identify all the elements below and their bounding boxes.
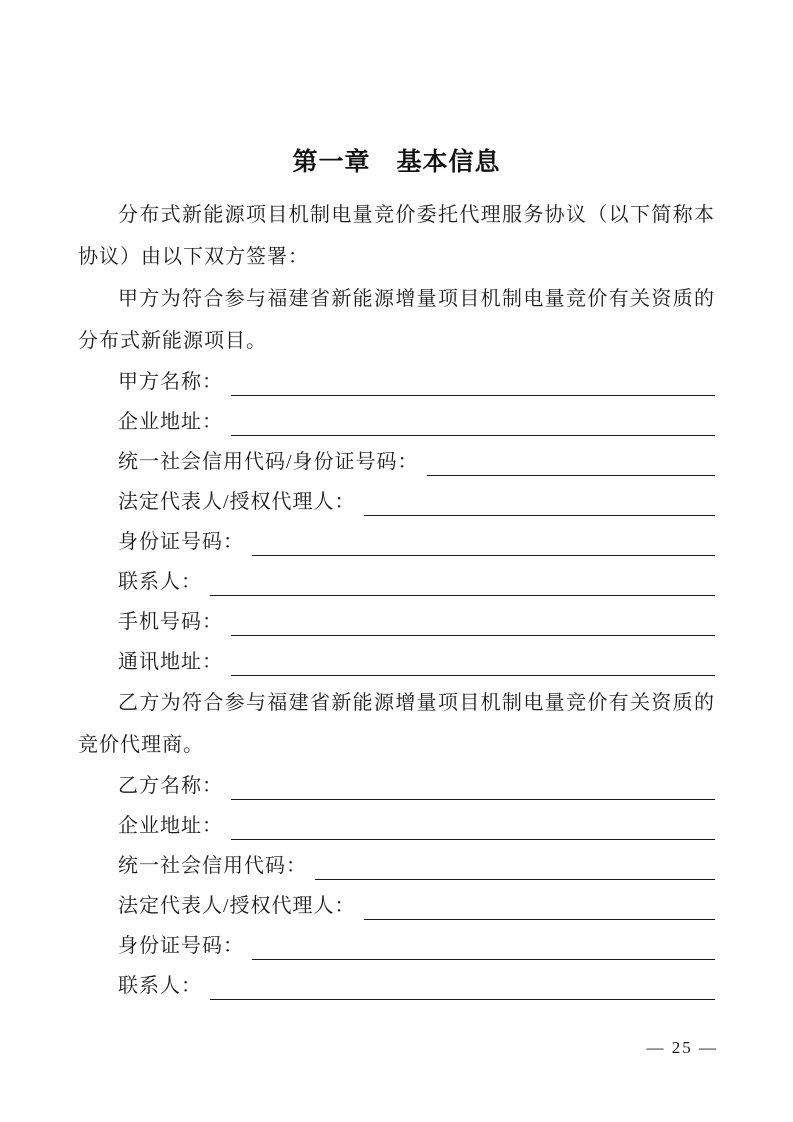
blank-underline [252, 522, 715, 556]
field-party-b-id-number: 身份证号码： [78, 926, 715, 966]
field-label: 手机号码： [118, 602, 223, 642]
blank-underline [231, 402, 715, 436]
document-page: 第一章 基本信息 分布式新能源项目机制电量竞价委托代理服务协议（以下简称本协议）… [0, 0, 793, 1122]
field-party-b-address: 企业地址： [78, 806, 715, 846]
field-party-b-legal-rep: 法定代表人/授权代理人： [78, 886, 715, 926]
field-party-a-name: 甲方名称： [78, 362, 715, 402]
field-label: 法定代表人/授权代理人： [118, 886, 356, 926]
document-content: 第一章 基本信息 分布式新能源项目机制电量竞价委托代理服务协议（以下简称本协议）… [78, 146, 715, 1006]
field-party-a-legal-rep: 法定代表人/授权代理人： [78, 482, 715, 522]
field-label: 联系人： [118, 562, 202, 602]
field-label: 联系人： [118, 966, 202, 1006]
chapter-title: 第一章 基本信息 [78, 146, 715, 178]
blank-underline [231, 362, 715, 396]
blank-underline [210, 966, 715, 1000]
blank-underline [427, 442, 715, 476]
field-party-b-credit-code: 统一社会信用代码： [78, 846, 715, 886]
field-party-a-mailing-address: 通讯地址： [78, 642, 715, 682]
blank-underline [231, 766, 715, 800]
field-label: 身份证号码： [118, 926, 244, 966]
blank-underline [364, 482, 715, 516]
party-b-intro-paragraph: 乙方为符合参与福建省新能源增量项目机制电量竞价有关资质的竞价代理商。 [78, 682, 715, 766]
blank-underline [231, 806, 715, 840]
field-party-a-address: 企业地址： [78, 402, 715, 442]
field-party-a-id-number: 身份证号码： [78, 522, 715, 562]
blank-underline [231, 602, 715, 636]
field-label: 通讯地址： [118, 642, 223, 682]
blank-underline [315, 846, 715, 880]
field-party-a-mobile: 手机号码： [78, 602, 715, 642]
field-label: 身份证号码： [118, 522, 244, 562]
party-a-intro-paragraph: 甲方为符合参与福建省新能源增量项目机制电量竞价有关资质的分布式新能源项目。 [78, 278, 715, 362]
field-party-b-name: 乙方名称： [78, 766, 715, 806]
field-label: 法定代表人/授权代理人： [118, 482, 356, 522]
field-party-a-credit-code: 统一社会信用代码/身份证号码： [78, 442, 715, 482]
blank-underline [210, 562, 715, 596]
blank-underline [252, 926, 715, 960]
blank-underline [231, 642, 715, 676]
field-label: 统一社会信用代码/身份证号码： [118, 442, 419, 482]
field-label: 企业地址： [118, 806, 223, 846]
field-party-a-contact: 联系人： [78, 562, 715, 602]
field-label: 统一社会信用代码： [118, 846, 307, 886]
agreement-intro-paragraph: 分布式新能源项目机制电量竞价委托代理服务协议（以下简称本协议）由以下双方签署： [78, 194, 715, 278]
field-label: 企业地址： [118, 402, 223, 442]
blank-underline [364, 886, 715, 920]
field-party-b-contact: 联系人： [78, 966, 715, 1006]
field-label: 乙方名称： [118, 766, 223, 806]
field-label: 甲方名称： [118, 362, 223, 402]
page-number: — 25 — [647, 1038, 719, 1058]
